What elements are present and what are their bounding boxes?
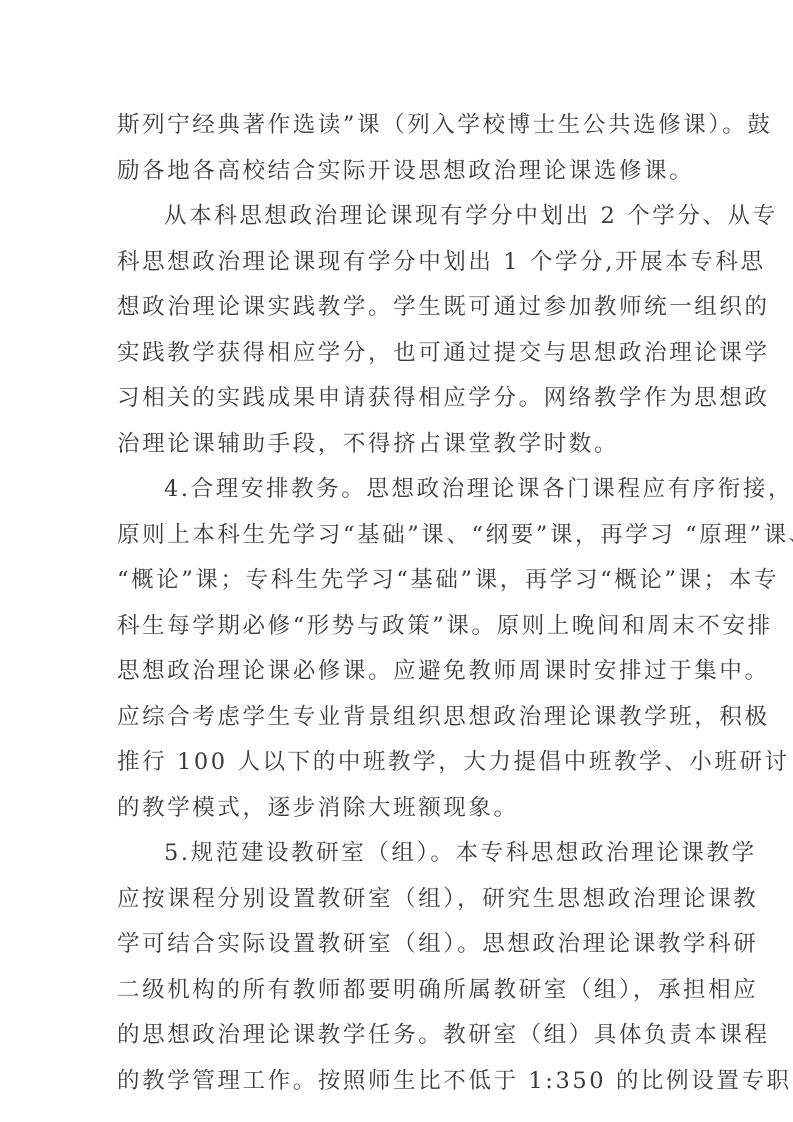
paragraph-item-5: 5.规范建设教研室（组）。本专科思想政治理论课教学 应按课程分别设置教研室（组）… (117, 831, 673, 1104)
paragraph-item-4: 4.合理安排教务。思想政治理论课各门课程应有序衔接， 原则上本科生先学习“基础”… (117, 467, 673, 831)
text-line: 习相关的实践成果申请获得相应学分。网络教学作为思想政 (117, 376, 673, 422)
text-line: 斯列宁经典著作选读”课（列入学校博士生公共选修课）。鼓 (117, 103, 673, 149)
document-page: 斯列宁经典著作选读”课（列入学校博士生公共选修课）。鼓 励各地各高校结合实际开设… (117, 103, 673, 1104)
text-line: 从本科思想政治理论课现有学分中划出 2 个学分、从专 (117, 194, 673, 240)
text-line: 二级机构的所有教师都要明确所属教研室（组），承担相应 (117, 968, 673, 1014)
text-line: 科生每学期必修“形势与政策”课。原则上晚间和周末不安排 (117, 604, 673, 650)
text-line: 推行 100 人以下的中班教学，大力提倡中班教学、小班研讨 (117, 740, 673, 786)
text-line: 励各地各高校结合实际开设思想政治理论课选修课。 (117, 149, 673, 195)
text-line: 实践教学获得相应学分，也可通过提交与思想政治理论课学 (117, 331, 673, 377)
text-line: 科思想政治理论课现有学分中划出 1 个学分,开展本专科思 (117, 240, 673, 286)
text-line: 4.合理安排教务。思想政治理论课各门课程应有序衔接， (117, 467, 673, 513)
text-line: 思想政治理论课必修课。应避免教师周课时安排过于集中。 (117, 649, 673, 695)
paragraph-continued: 斯列宁经典著作选读”课（列入学校博士生公共选修课）。鼓 励各地各高校结合实际开设… (117, 103, 673, 194)
text-line: 应综合考虑学生专业背景组织思想政治理论课教学班，积极 (117, 695, 673, 741)
text-line: 治理论课辅助手段，不得挤占课堂教学时数。 (117, 422, 673, 468)
text-line: 原则上本科生先学习“基础”课、“纲要”课，再学习 “原理”课、 (117, 513, 673, 559)
text-line: 学可结合实际设置教研室（组）。思想政治理论课教学科研 (117, 922, 673, 968)
paragraph-credits: 从本科思想政治理论课现有学分中划出 2 个学分、从专 科思想政治理论课现有学分中… (117, 194, 673, 467)
text-line: 5.规范建设教研室（组）。本专科思想政治理论课教学 (117, 831, 673, 877)
text-line: 想政治理论课实践教学。学生既可通过参加教师统一组织的 (117, 285, 673, 331)
text-line: “概论”课；专科生先学习“基础”课，再学习“概论”课；本专 (117, 558, 673, 604)
text-line: 的教学管理工作。按照师生比不低于 1:350 的比例设置专职 (117, 1059, 673, 1105)
text-line: 的教学模式，逐步消除大班额现象。 (117, 786, 673, 832)
text-line: 应按课程分别设置教研室（组），研究生思想政治理论课教 (117, 877, 673, 923)
text-line: 的思想政治理论课教学任务。教研室（组）具体负责本课程 (117, 1013, 673, 1059)
